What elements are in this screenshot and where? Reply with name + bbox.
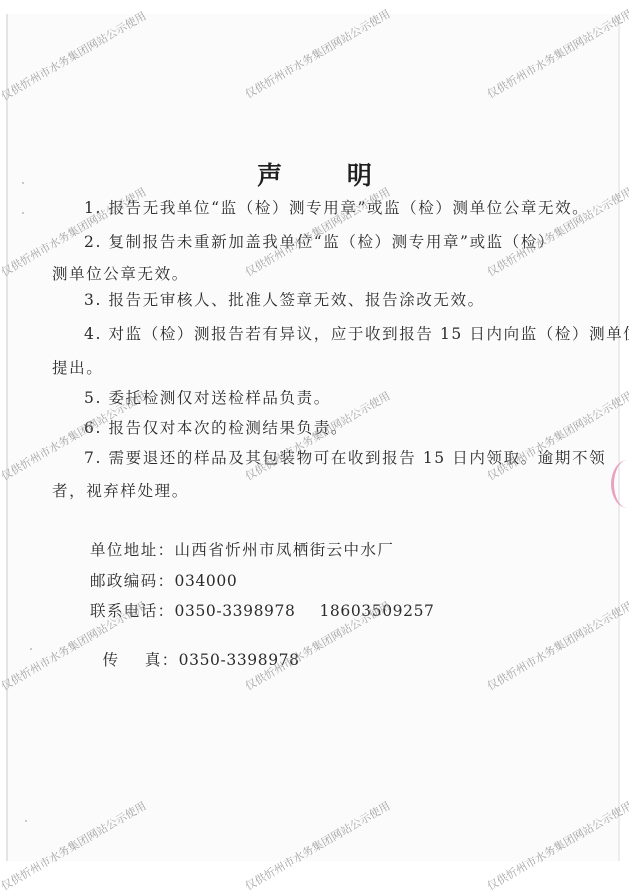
- statement-item-2-cont: 测单位公章无效。: [52, 262, 189, 284]
- phone-value: 0350-3398978: [175, 602, 296, 620]
- phone-label: 联系电话：: [90, 602, 175, 620]
- fax-row: 传 真：0350-3398978: [90, 630, 300, 670]
- scan-speck: [30, 648, 32, 650]
- phone-row: 联系电话：0350-339897818603509257: [90, 599, 435, 621]
- scan-speck: [22, 212, 24, 214]
- postcode-row: 邮政编码：034000: [90, 569, 237, 591]
- statement-item-4: 4. 对监（检）测报告若有异议，应于收到报告 15 日内向监（检）测单位: [84, 322, 629, 344]
- address-value: 山西省忻州市凤栖街云中水厂: [175, 541, 395, 559]
- statement-item-4-cont: 提出。: [52, 356, 103, 378]
- statement-item-3: 3. 报告无审核人、批准人签章无效、报告涂改无效。: [84, 288, 485, 310]
- fax-label: 传 真：: [103, 651, 179, 669]
- statement-item-1: 1. 报告无我单位“监（检）测专用章”或监（检）测单位公章无效。: [84, 196, 589, 218]
- statement-item-5: 5. 委托检测仅对送检样品负责。: [84, 386, 331, 408]
- postcode-label: 邮政编码：: [90, 572, 175, 590]
- mobile-value: 18603509257: [319, 602, 434, 620]
- statement-item-6: 6. 报告仅对本次的检测结果负责。: [84, 416, 348, 438]
- statement-item-7: 7. 需要退还的样品及其包装物可在收到报告 15 日内领取。逾期不领: [84, 446, 606, 468]
- document-title: 声 明: [0, 156, 629, 192]
- statement-item-7-cont: 者，视弃样处理。: [52, 479, 189, 501]
- statement-item-2: 2. 复制报告未重新加盖我单位“监（检）测专用章”或监（检）: [84, 230, 555, 252]
- fax-value: 0350-3398978: [179, 651, 300, 669]
- scan-speck: [25, 820, 27, 822]
- address-label: 单位地址：: [90, 541, 175, 559]
- postcode-value: 034000: [175, 572, 238, 590]
- address-row: 单位地址：山西省忻州市凤栖街云中水厂: [90, 538, 394, 560]
